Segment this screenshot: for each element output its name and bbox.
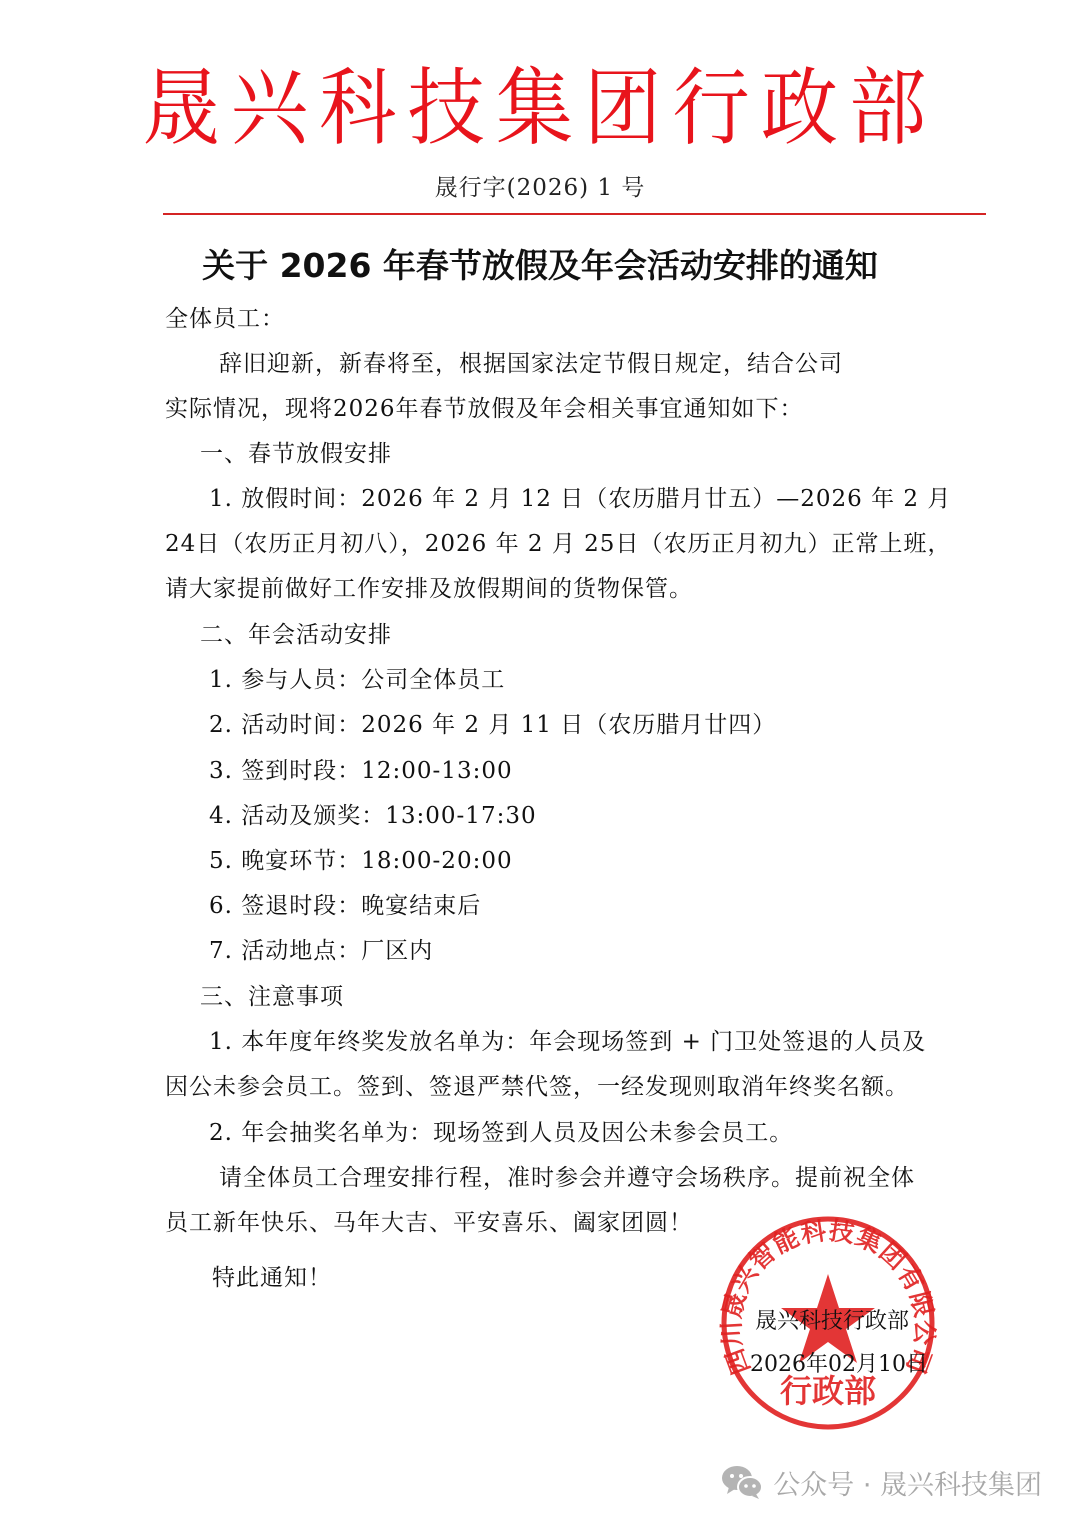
signature-department: 晟兴科技行政部 xyxy=(755,1307,909,1337)
section-heading-3: 三、注意事项 xyxy=(200,980,344,1014)
footer-account-name: 公众号 · 晟兴科技集团 xyxy=(773,1463,1042,1502)
section-heading-2: 二、年会活动安排 xyxy=(200,618,392,652)
intro-line-2: 实际情况，现将2026年春节放假及年会相关事宜通知如下： xyxy=(165,392,804,426)
red-divider xyxy=(163,213,986,215)
wechat-icon xyxy=(721,1465,763,1499)
section-1-line-3: 请大家提前做好工作安排及放假期间的货物保管。 xyxy=(165,572,693,606)
section-3-line-1: 1. 本年度年终奖发放名单为：年会现场签到 + 门卫处签退的人员及 xyxy=(209,1025,926,1059)
special-notice: 特此通知！ xyxy=(212,1261,332,1295)
notice-title: 关于 2026 年春节放假及年会活动安排的通知 xyxy=(0,244,1080,288)
signature-date: 2026年02月10日 xyxy=(750,1350,928,1380)
salutation: 全体员工： xyxy=(165,302,285,336)
closing-line-1: 请全体员工合理安排行程，准时参会并遵守会场秩序。提前祝全体 xyxy=(219,1161,915,1195)
document-number: 晟行字(2026) 1 号 xyxy=(0,170,1080,206)
section-heading-1: 一、春节放假安排 xyxy=(200,437,392,471)
wechat-footer: 公众号 · 晟兴科技集团 xyxy=(721,1462,1042,1502)
intro-line-1: 辞旧迎新，新春将至，根据国家法定节假日规定，结合公司 xyxy=(219,347,843,381)
list-item: 5. 晚宴环节：18:00-20:00 xyxy=(209,844,513,878)
section-3-line-2: 因公未参会员工。签到、签退严禁代签，一经发现则取消年终奖名额。 xyxy=(165,1070,909,1104)
list-item: 3. 签到时段：12:00-13:00 xyxy=(209,754,513,788)
section-3-line-3: 2. 年会抽奖名单为：现场签到人员及因公未参会员工。 xyxy=(209,1116,793,1150)
list-item: 4. 活动及颁奖：13:00-17:30 xyxy=(209,799,537,833)
closing-line-2: 员工新年快乐、马年大吉、平安喜乐、阖家团圆！ xyxy=(165,1206,693,1240)
section-1-line-1: 1. 放假时间：2026 年 2 月 12 日（农历腊月廿五）—2026 年 2… xyxy=(209,482,951,516)
masthead-title: 晟兴科技集团行政部 xyxy=(43,58,1037,158)
list-item: 1. 参与人员：公司全体员工 xyxy=(209,663,505,697)
section-1-line-2: 24日（农历正月初八），2026 年 2 月 25日（农历正月初九）正常上班， xyxy=(165,527,951,561)
list-item: 2. 活动时间：2026 年 2 月 11 日（农历腊月廿四） xyxy=(209,708,776,742)
list-item: 6. 签退时段：晚宴结束后 xyxy=(209,889,481,923)
list-item: 7. 活动地点：厂区内 xyxy=(209,934,433,968)
